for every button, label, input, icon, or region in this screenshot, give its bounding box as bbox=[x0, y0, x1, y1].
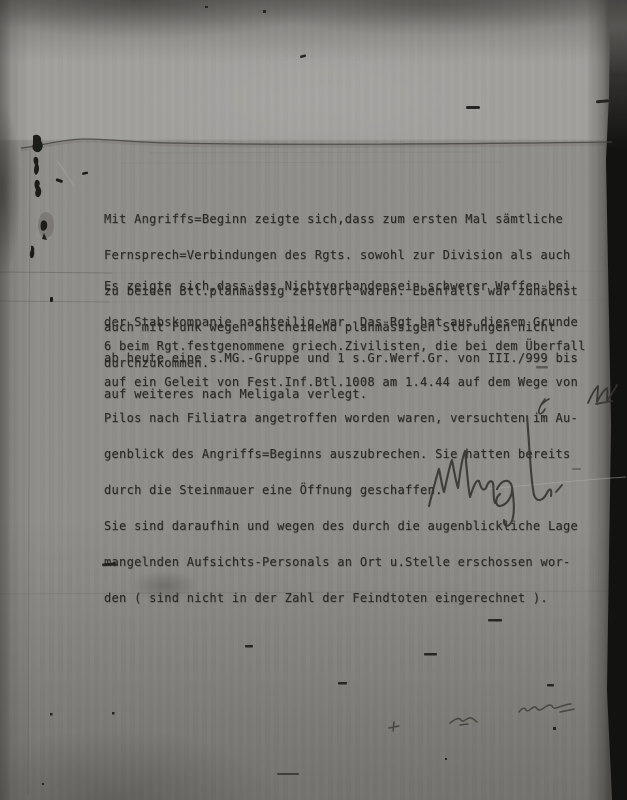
text-line: Sie sind daraufhin und wegen des durch d… bbox=[104, 520, 586, 532]
scanned-document-page: Mit Angriffs=Beginn zeigte sich,dass zum… bbox=[0, 0, 627, 800]
text-line: Pilos nach Filiatra angetroffen worden w… bbox=[104, 412, 586, 424]
text-line: 6 beim Rgt.festgenommene griech.Zivilist… bbox=[104, 340, 586, 352]
typewritten-text: Mit Angriffs=Beginn zeigte sich,dass zum… bbox=[104, 0, 624, 800]
text-line: auf ein Geleit von Fest.Inf.Btl.1008 am … bbox=[104, 376, 586, 388]
text-line: mangelnden Aufsichts-Personals an Ort u.… bbox=[104, 556, 586, 568]
text-line: Mit Angriffs=Beginn zeigte sich,dass zum… bbox=[104, 213, 578, 225]
text-line: genblick des Angriffs=Beginns auszubrech… bbox=[104, 448, 586, 460]
text-line: den ( sind nicht in der Zahl der Feindto… bbox=[104, 592, 586, 604]
paragraph-3: 6 beim Rgt.festgenommene griech.Zivilist… bbox=[104, 316, 586, 628]
ink-blot-marks bbox=[30, 135, 88, 302]
text-line: Es zeigte sich,dass das Nichtvorhandense… bbox=[104, 280, 578, 292]
text-line: durch die Steinmauer eine Öffnung gescha… bbox=[104, 484, 586, 496]
